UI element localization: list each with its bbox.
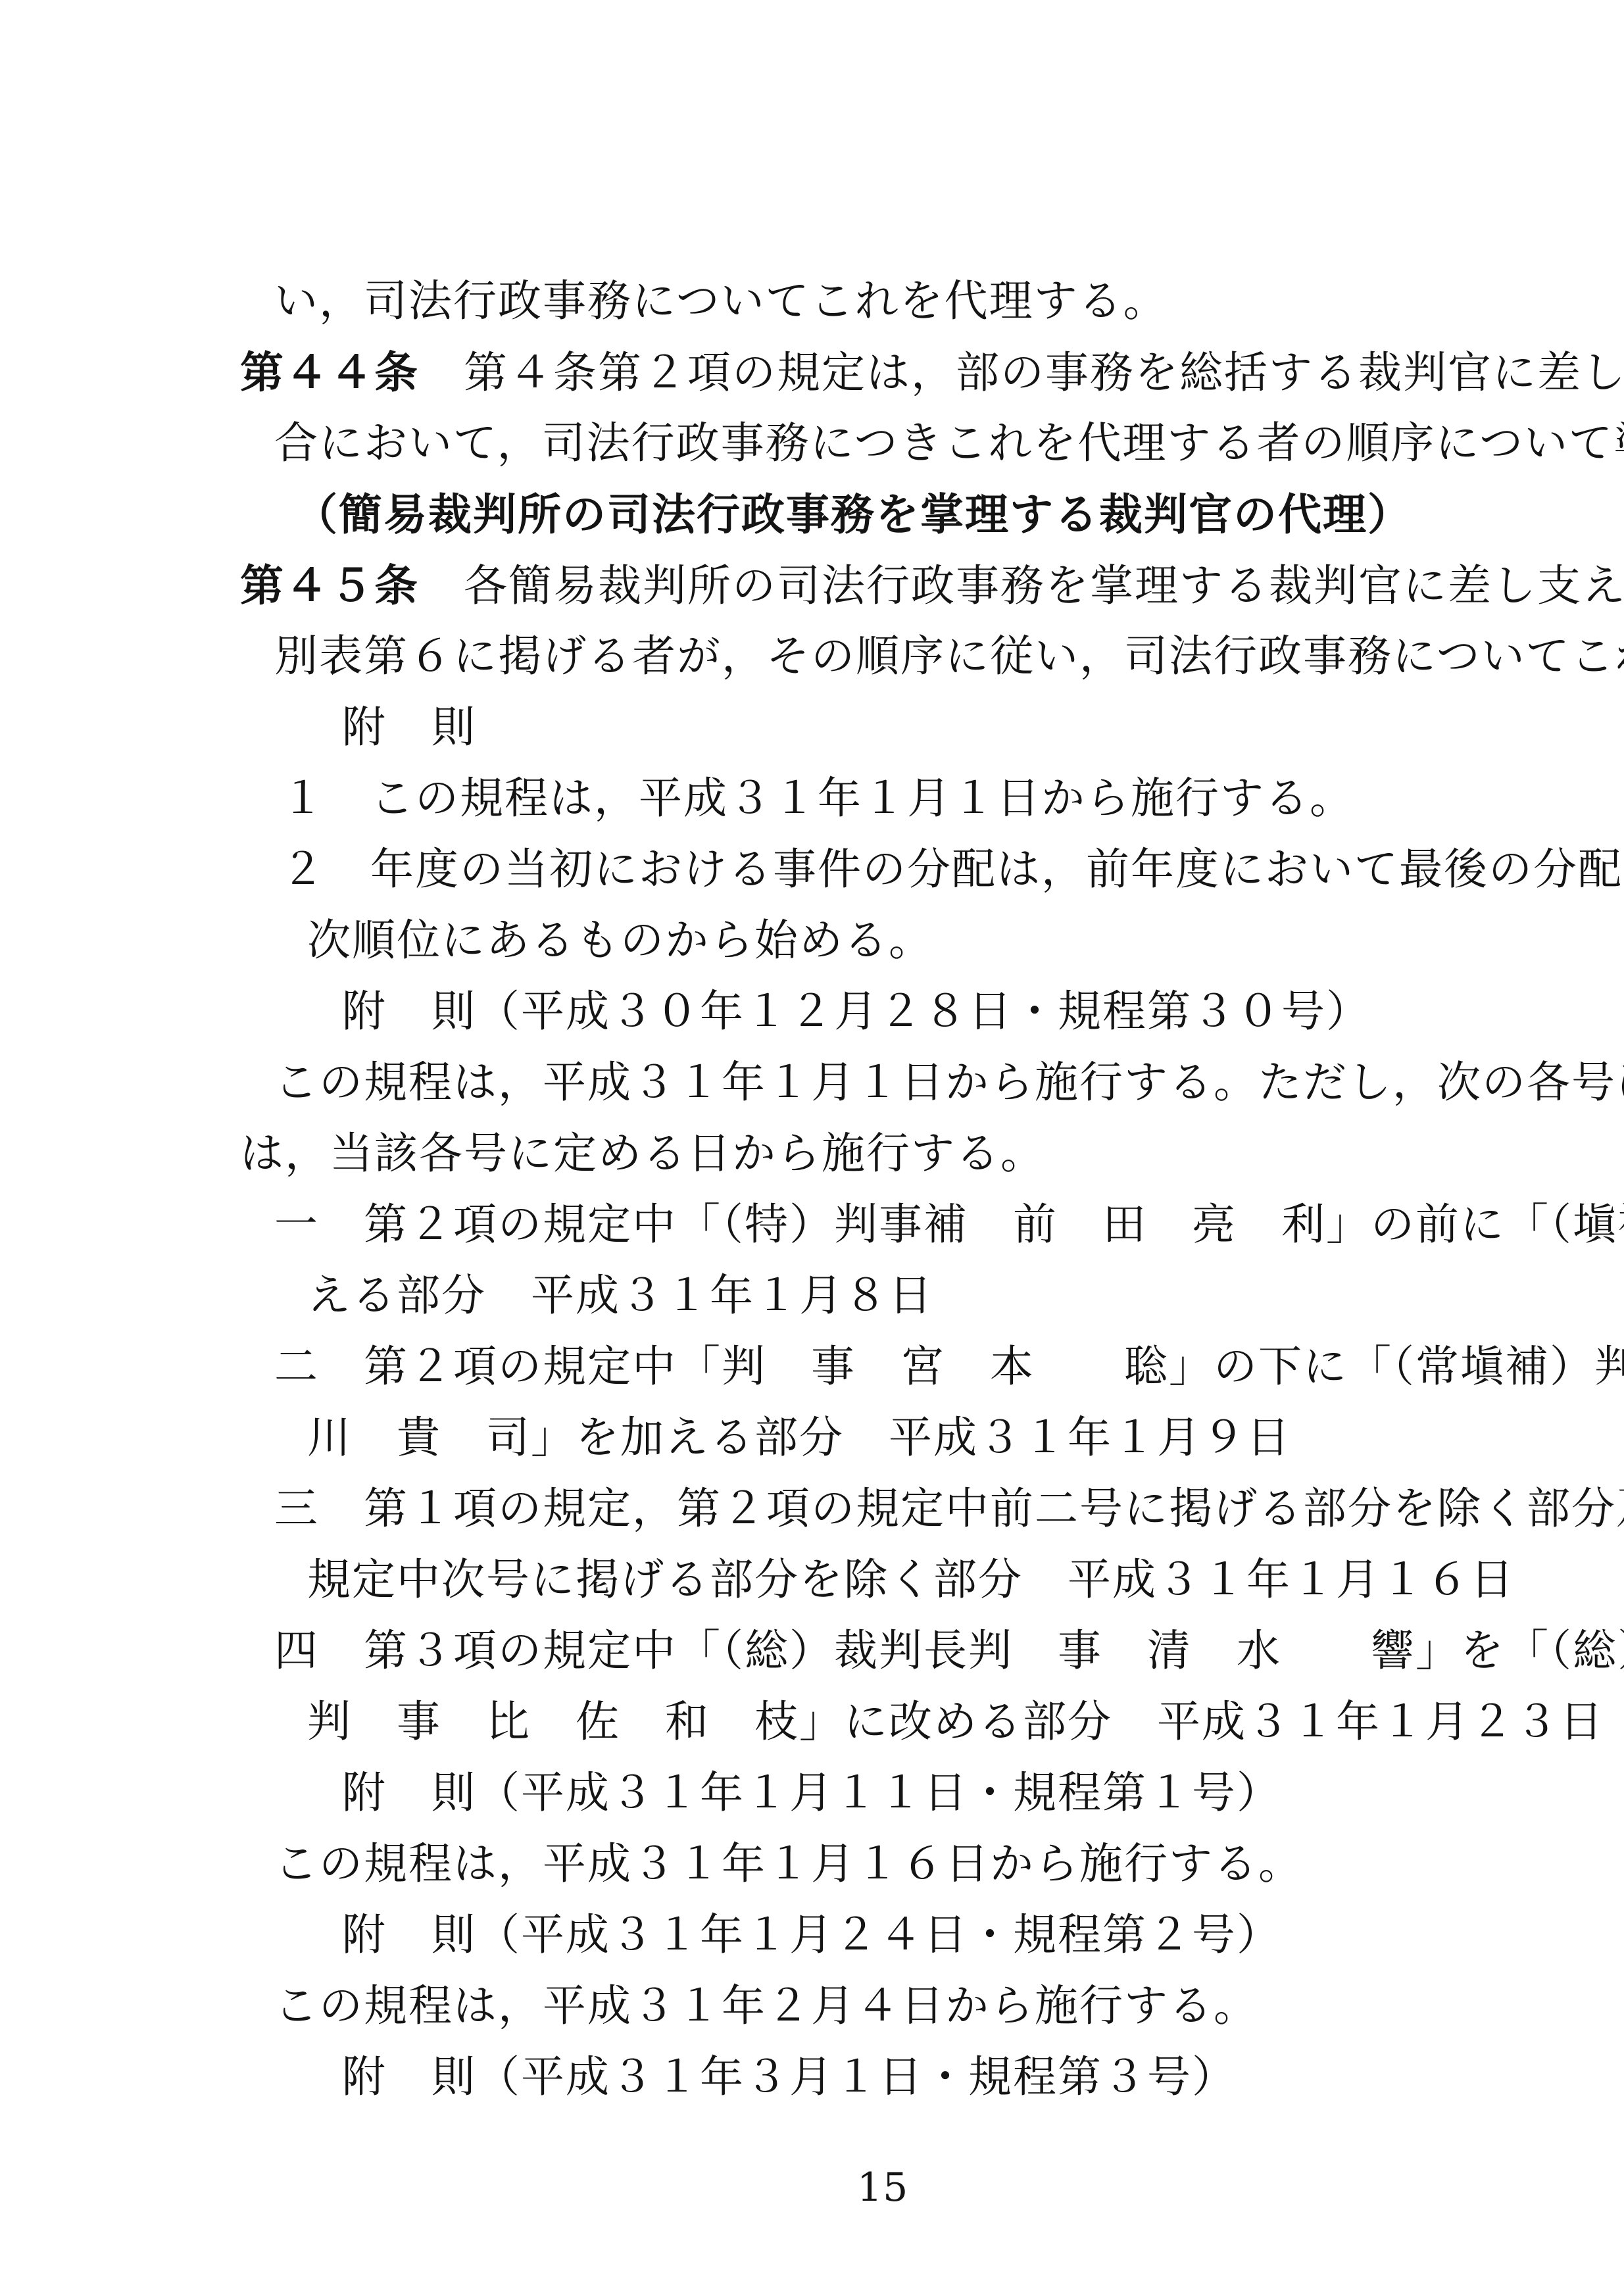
- article-45-continuation: 別表第６に掲げる者が，その順序に従い，司法行政事務についてこれを代理する。: [240, 621, 1575, 692]
- enforcement-clause-no2: この規程は，平成３１年２月４日から施行する。: [240, 1971, 1575, 2042]
- item-san: 三 第１項の規定，第２項の規定中前二号に掲げる部分を除く部分及び第３項の: [240, 1473, 1575, 1544]
- supplementary-provisions-header: 附 則: [240, 692, 1575, 763]
- line-text: 二 第２項の規定中「判 事 宮 本 聡」の下に「（常塡補）判 事 石: [274, 1341, 1624, 1392]
- line-continuation-art43: い，司法行政事務についてこれを代理する。: [240, 266, 1575, 337]
- supplementary-item-2: ２ 年度の当初における事件の分配は，前年度において最後の分配を受けた部の: [240, 834, 1575, 905]
- line-text: 各簡易裁判所の司法行政事務を掌理する裁判官に差し支えがあるときは，: [419, 560, 1624, 611]
- item-ni-continuation: 川 貴 司」を加える部分 平成３１年１月９日: [240, 1402, 1575, 1473]
- line-text: 附 則（平成３１年３月１日・規程第３号）: [342, 2051, 1237, 2102]
- item-ichi-continuation: える部分 平成３１年１月８日: [240, 1260, 1575, 1331]
- item-ni: 二 第２項の規定中「判 事 宮 本 聡」の下に「（常塡補）判 事 石: [240, 1331, 1575, 1402]
- supplementary-item-2-continuation: 次順位にあるものから始める。: [240, 905, 1575, 976]
- enforcement-clause-continuation: は，当該各号に定める日から施行する。: [240, 1118, 1575, 1189]
- line-text: い，司法行政事務についてこれを代理する。: [274, 276, 1168, 326]
- enforcement-clause-h31: この規程は，平成３１年１月１日から施行する。ただし，次の各号に掲げる規定: [240, 1047, 1575, 1118]
- supplementary-provisions-header-no2: 附 則（平成３１年１月２４日・規程第２号）: [240, 1899, 1575, 1971]
- line-text: （簡易裁判所の司法行政事務を掌理する裁判官の代理）: [294, 489, 1412, 540]
- enforcement-clause-no1: この規程は，平成３１年１月１６日から施行する。: [240, 1828, 1575, 1899]
- supplementary-provisions-header-no1: 附 則（平成３１年１月１１日・規程第１号）: [240, 1757, 1575, 1828]
- section-title-art45: （簡易裁判所の司法行政事務を掌理する裁判官の代理）: [240, 479, 1575, 550]
- line-text: 次順位にあるものから始める。: [307, 915, 933, 966]
- line-text: 判 事 比 佐 和 枝」に改める部分 平成３１年１月２３日: [307, 1696, 1604, 1747]
- line-text: える部分 平成３１年１月８日: [307, 1270, 933, 1321]
- supplementary-provisions-header-h30: 附 則（平成３０年１２月２８日・規程第３０号）: [240, 976, 1575, 1047]
- line-text: 附 則（平成３１年１月１１日・規程第１号）: [342, 1767, 1281, 1818]
- item-ichi: 一 第２項の規定中「（特）判事補 前 田 亮 利」の前に「（塡補）」を加: [240, 1189, 1575, 1260]
- line-text: ２ 年度の当初における事件の分配は，前年度において最後の分配を受けた部の: [281, 844, 1624, 894]
- line-text: 第４条第２項の規定は，部の事務を総括する裁判官に差し支えがある場: [419, 347, 1624, 398]
- line-text: 四 第３項の規定中「（総）裁判長判 事 清 水 響」を「（総）裁判長: [274, 1625, 1624, 1676]
- line-text: この規程は，平成３１年１月１６日から施行する。: [274, 1838, 1303, 1889]
- line-text: 附 則（平成３１年１月２４日・規程第２号）: [342, 1909, 1281, 1960]
- document-body: い，司法行政事務についてこれを代理する。 第４４条 第４条第２項の規定は，部の事…: [240, 266, 1575, 2113]
- article-45-number: 第４５条: [240, 560, 419, 611]
- supplementary-item-1: １ この規程は，平成３１年１月１日から施行する。: [240, 763, 1575, 834]
- line-text: 附 則（平成３０年１２月２８日・規程第３０号）: [342, 986, 1371, 1037]
- line-text: この規程は，平成３１年１月１日から施行する。ただし，次の各号に掲げる規定: [274, 1057, 1624, 1108]
- line-text: 川 貴 司」を加える部分 平成３１年１月９日: [307, 1412, 1291, 1463]
- article-45-line: 第４５条 各簡易裁判所の司法行政事務を掌理する裁判官に差し支えがあるときは，: [240, 550, 1575, 621]
- line-text: 別表第６に掲げる者が，その順序に従い，司法行政事務についてこれを代理する。: [274, 631, 1624, 681]
- line-text: 附 則: [342, 702, 476, 752]
- line-text: は，当該各号に定める日から施行する。: [240, 1128, 1045, 1179]
- line-text: この規程は，平成３１年２月４日から施行する。: [274, 1980, 1258, 2031]
- supplementary-provisions-header-no3: 附 則（平成３１年３月１日・規程第３号）: [240, 2042, 1575, 2113]
- item-yon: 四 第３項の規定中「（総）裁判長判 事 清 水 響」を「（総）裁判長: [240, 1615, 1575, 1686]
- item-san-continuation: 規定中次号に掲げる部分を除く部分 平成３１年１月１６日: [240, 1544, 1575, 1615]
- page-number: 15: [857, 2167, 908, 2209]
- article-44-line: 第４４条 第４条第２項の規定は，部の事務を総括する裁判官に差し支えがある場: [240, 337, 1575, 408]
- line-text: １ この規程は，平成３１年１月１日から施行する。: [281, 773, 1354, 823]
- article-44-continuation: 合において，司法行政事務につきこれを代理する者の順序について準用する。: [240, 408, 1575, 479]
- line-text: 規定中次号に掲げる部分を除く部分 平成３１年１月１６日: [307, 1554, 1515, 1605]
- item-yon-continuation: 判 事 比 佐 和 枝」に改める部分 平成３１年１月２３日: [240, 1686, 1575, 1757]
- line-text: 一 第２項の規定中「（特）判事補 前 田 亮 利」の前に「（塡補）」を加: [274, 1199, 1624, 1250]
- scanned-document-page: { "page": { "number": "15", "background"…: [0, 0, 1624, 2279]
- article-44-number: 第４４条: [240, 347, 419, 398]
- line-text: 合において，司法行政事務につきこれを代理する者の順序について準用する。: [274, 418, 1624, 468]
- line-text: 三 第１項の規定，第２項の規定中前二号に掲げる部分を除く部分及び第３項の: [274, 1483, 1624, 1534]
